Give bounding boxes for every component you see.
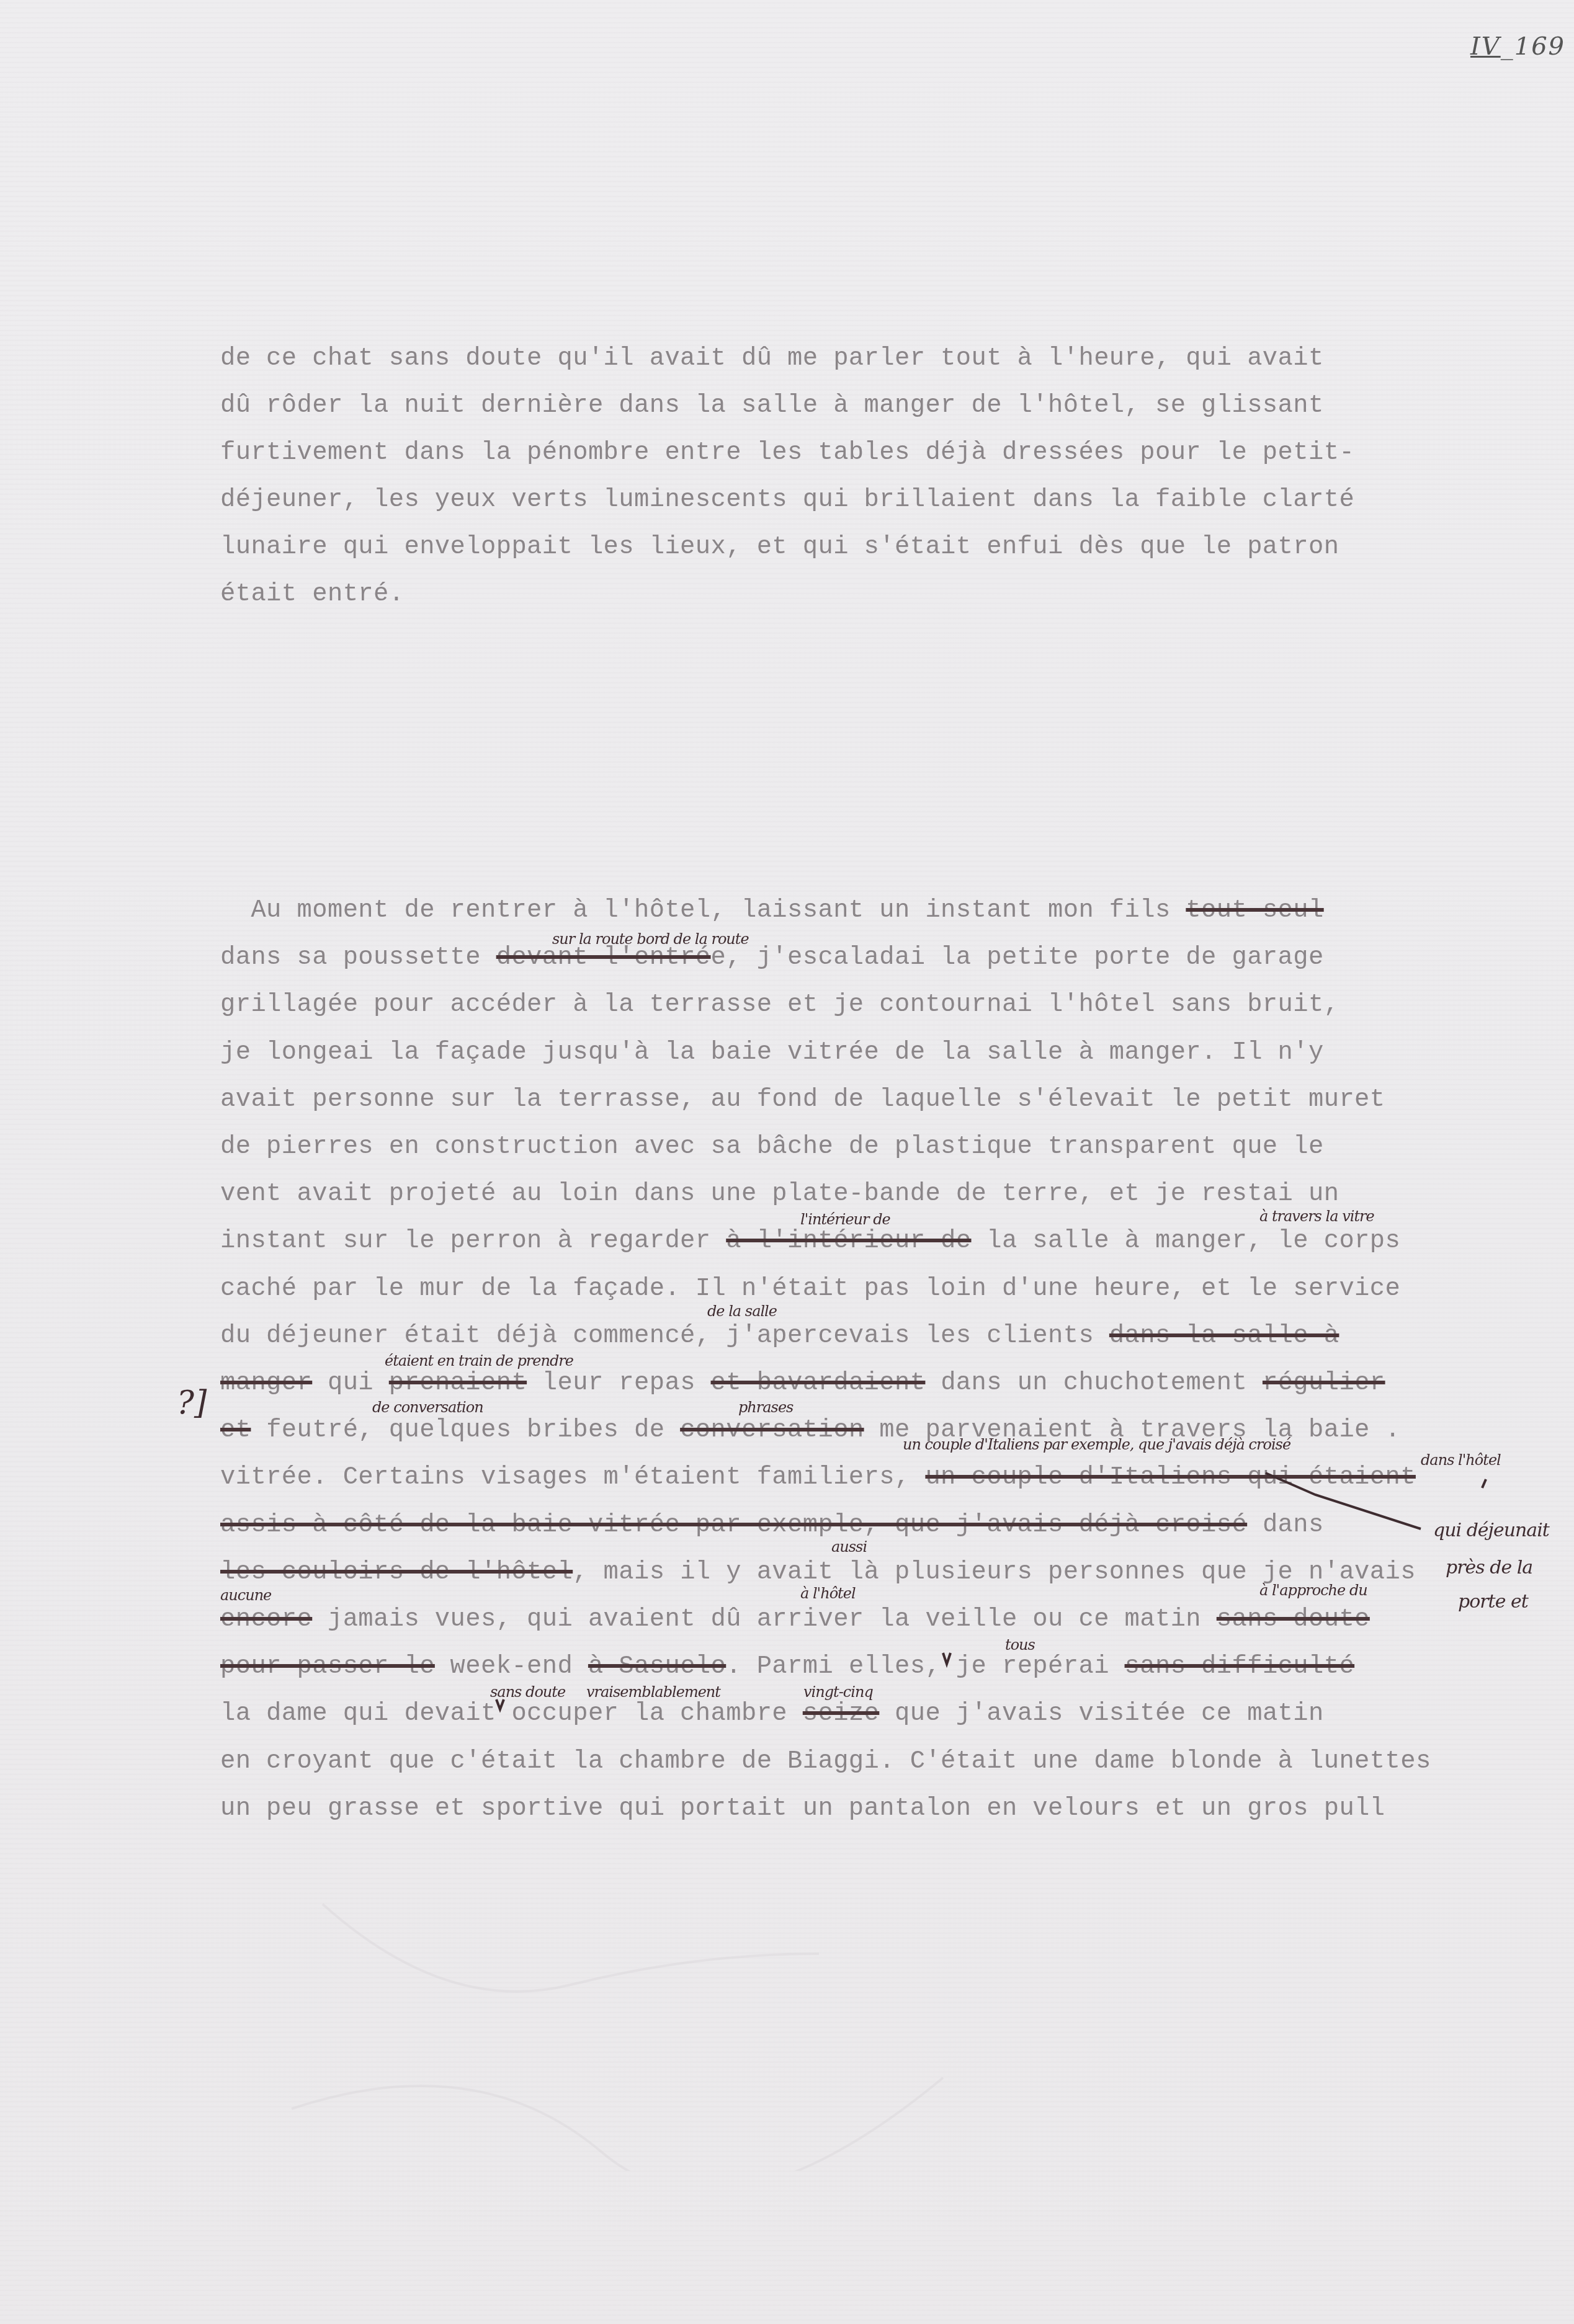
folio-roman: IV [1470, 32, 1501, 61]
text-line: en croyant que c'était la chambre de Bia… [220, 1746, 1431, 1777]
text-line: avait personne sur la terrasse, au fond … [220, 1084, 1385, 1115]
text-segment: grillagée pour accéder à la terrasse et … [220, 991, 1339, 1019]
struck-text: prenaient [389, 1369, 527, 1397]
struck-text: régulier [1263, 1369, 1385, 1397]
annotation-insert: à l'hôtel [800, 1585, 856, 1602]
struck-text: pour passer le [220, 1652, 435, 1681]
text-line: de pierres en construction avec sa bâche… [220, 1131, 1324, 1162]
text-line: dans sa poussette devant l'entrée, j'esc… [220, 942, 1324, 973]
text-line: assis à côté de la baie vitrée par exemp… [220, 1510, 1324, 1541]
annotation-insert: un couple d'Italiens par exemple, que j'… [903, 1436, 1290, 1453]
text-segment: Au moment de rentrer à l'hôtel, laissant… [220, 896, 1186, 925]
text-segment: la dame qui devait occuper la chambre [220, 1699, 803, 1728]
text-line: un peu grasse et sportive qui portait un… [220, 1793, 1385, 1824]
annotation-insert: à travers la vitre [1259, 1208, 1374, 1225]
text-line: je longeai la façade jusqu'à la baie vit… [220, 1037, 1324, 1068]
struck-text: à l'intérieur de [726, 1227, 971, 1255]
paper-watermark [261, 1892, 1005, 2171]
text-line: était entré. [220, 579, 404, 610]
text-segment: jamais vues, qui avaient dû arriver la v… [312, 1605, 1217, 1634]
text-segment: en croyant que c'était la chambre de Bia… [220, 1747, 1431, 1776]
struck-text: dans la salle à [1109, 1322, 1339, 1350]
text-segment: de pierres en construction avec sa bâche… [220, 1133, 1324, 1161]
struck-text: conversation [680, 1416, 864, 1445]
annotation-insert: de la salle [707, 1302, 777, 1320]
annotation-insert: aucune [220, 1587, 271, 1604]
text-segment: un peu grasse et sportive qui portait un… [220, 1794, 1385, 1823]
text-line: encore jamais vues, qui avaient dû arriv… [220, 1604, 1370, 1635]
annotation-insert: sur la route bord de la route [552, 930, 749, 948]
text-segment: que j'avais visitée ce matin [879, 1699, 1323, 1728]
struck-text: un couple d'Italiens qui étaient [925, 1463, 1416, 1492]
text-line: pour passer le week-end à Sasuelo. Parmi… [220, 1651, 1354, 1682]
text-segment: dans un chuchotement [925, 1369, 1263, 1397]
text-line: vent avait projeté au loin dans une plat… [220, 1178, 1339, 1209]
annotation-insert-struck: sans doute [490, 1683, 565, 1701]
struck-text: et [220, 1416, 251, 1445]
annotation-insert: dans l'hôtel [1421, 1451, 1501, 1469]
annotation-insert: tous [1005, 1636, 1035, 1654]
text-line: du déjeuner était déjà commencé, j'aperc… [220, 1320, 1339, 1351]
text-segment: du déjeuner était déjà commencé, j'aperc… [220, 1322, 1109, 1350]
text-segment: leur repas [527, 1369, 710, 1397]
text-line: déjeuner, les yeux verts luminescents qu… [220, 484, 1354, 515]
annotation-insert: vingt-cinq [803, 1683, 873, 1701]
text-segment: feutré, quelques bribes de [251, 1416, 680, 1445]
text-line: grillagée pour accéder à la terrasse et … [220, 989, 1339, 1020]
text-segment: instant sur le perron à regarder [220, 1227, 726, 1255]
margin-query-mark: ?] [177, 1384, 207, 1422]
struck-text: assis à côté de la baie vitrée par exemp… [220, 1511, 1247, 1539]
text-line: caché par le mur de la façade. Il n'étai… [220, 1273, 1400, 1304]
struck-text: seize [803, 1699, 880, 1728]
margin-annotation: porte et [1458, 1591, 1528, 1613]
text-line: de ce chat sans doute qu'il avait dû me … [220, 343, 1324, 374]
text-segment: dans [1247, 1511, 1324, 1539]
annotation-insert: de conversation [372, 1399, 483, 1416]
struck-text: encore [220, 1605, 312, 1634]
text-line: Au moment de rentrer à l'hôtel, laissant… [220, 895, 1324, 926]
struck-text: tout seul [1186, 896, 1323, 925]
text-segment: je longeai la façade jusqu'à la baie vit… [220, 1038, 1324, 1067]
annotation-insert: vraisemblablement [586, 1683, 720, 1701]
text-segment: e, j'escaladai la petite porte de garage [711, 943, 1324, 972]
text-segment: avait personne sur la terrasse, au fond … [220, 1085, 1385, 1114]
text-segment: caché par le mur de la façade. Il n'étai… [220, 1275, 1400, 1303]
text-segment: . Parmi elles, je repérai [726, 1652, 1124, 1681]
annotation-insert: à l'approche du [1259, 1582, 1367, 1599]
text-line: manger qui prenaient leur repas et bavar… [220, 1368, 1385, 1399]
margin-annotation: près de la [1446, 1557, 1532, 1578]
text-line: instant sur le perron à regarder à l'int… [220, 1226, 1400, 1257]
annotation-insert: aussi [831, 1538, 867, 1556]
text-line: dû rôder la nuit dernière dans la salle … [220, 390, 1324, 421]
text-line: les couloirs de l'hôtel, mais il y avait… [220, 1557, 1416, 1588]
text-segment: week-end [435, 1652, 588, 1681]
struck-text: sans doute [1217, 1605, 1370, 1634]
text-segment: vitrée. Certains visages m'étaient famil… [220, 1463, 925, 1492]
folio-page-number: 169 [1514, 32, 1565, 61]
margin-annotation: qui déjeunait [1433, 1520, 1549, 1541]
struck-text: à Sasuelo [588, 1652, 726, 1681]
text-segment: qui [312, 1369, 389, 1397]
struck-text: sans difficulté [1125, 1652, 1355, 1681]
text-line: la dame qui devait occuper la chambre se… [220, 1698, 1324, 1729]
annotation-insert: l'intérieur de [800, 1211, 890, 1228]
text-segment: dans sa poussette [220, 943, 496, 972]
struck-text: les couloirs de l'hôtel [220, 1558, 573, 1587]
annotation-insert: phrases [738, 1399, 793, 1416]
text-segment: vent avait projeté au loin dans une plat… [220, 1180, 1339, 1208]
text-line: vitrée. Certains visages m'étaient famil… [220, 1462, 1416, 1493]
struck-text: et bavardaient [711, 1369, 926, 1397]
folio-number: IV_169 [1470, 32, 1565, 61]
annotation-insert: étaient en train de prendre [385, 1352, 573, 1369]
folio-separator: _ [1501, 32, 1514, 61]
struck-text: manger [220, 1369, 312, 1397]
text-segment: la salle à manger, le corps [972, 1227, 1401, 1255]
text-line: lunaire qui enveloppait les lieux, et qu… [220, 532, 1339, 563]
text-line: furtivement dans la pénombre entre les t… [220, 437, 1354, 468]
